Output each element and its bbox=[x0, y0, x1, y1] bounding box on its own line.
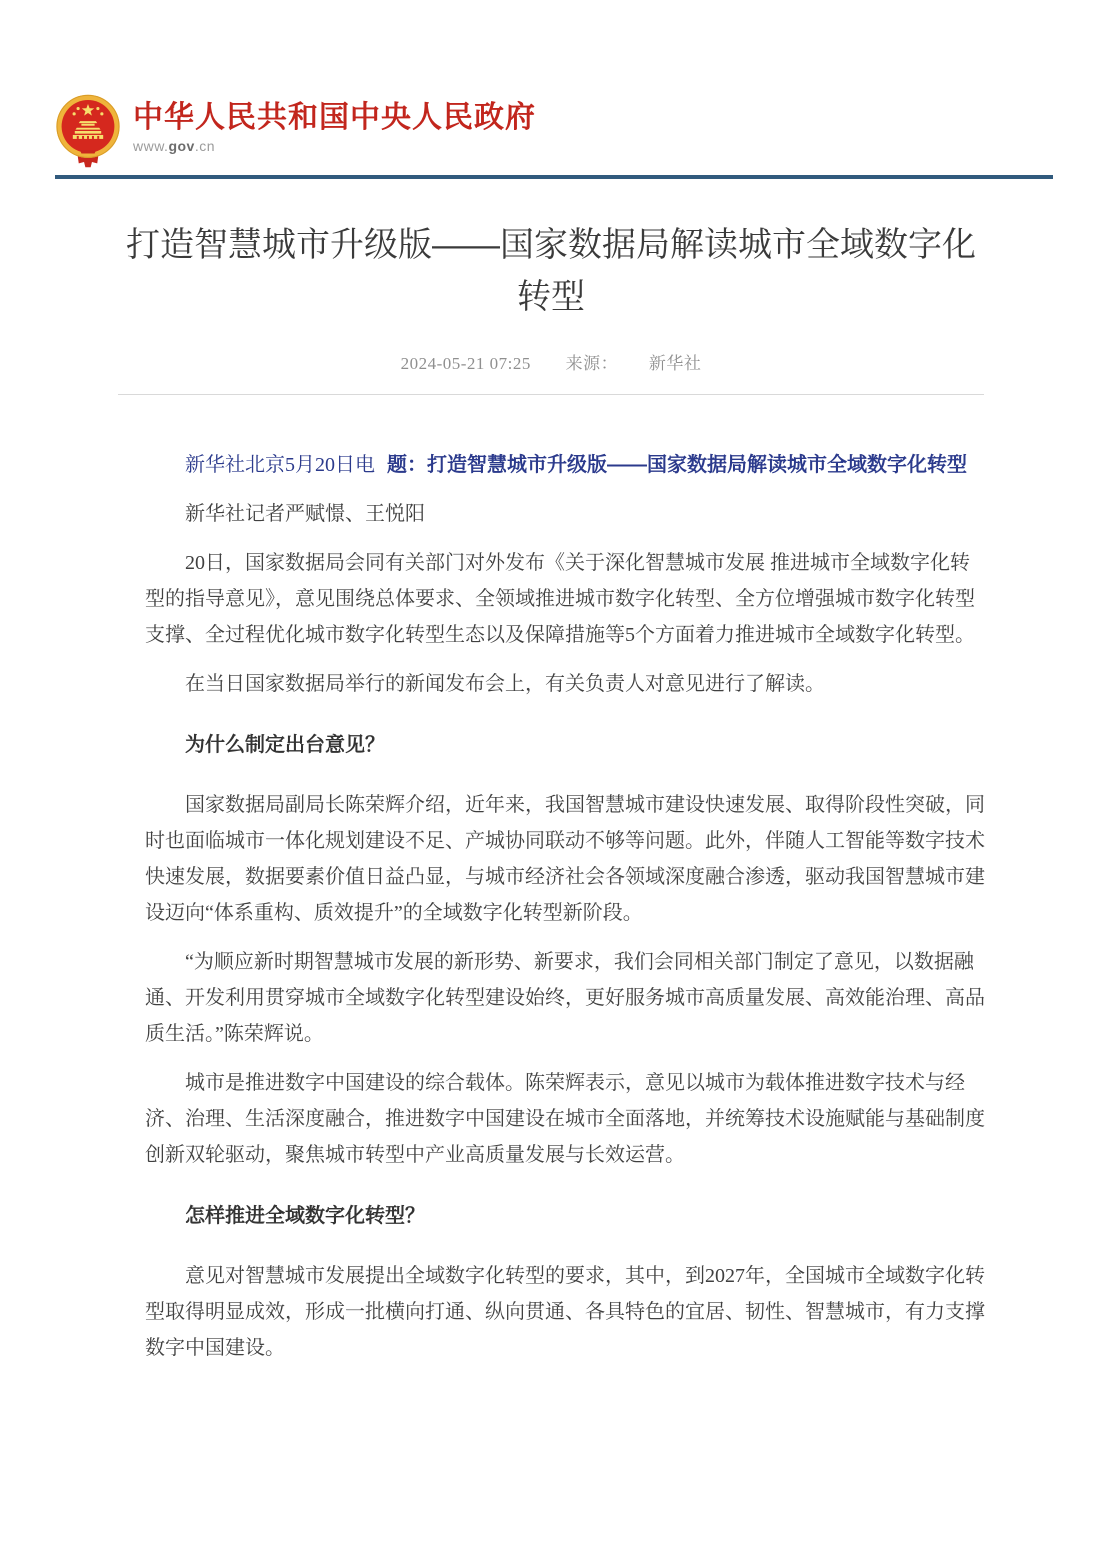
lead-dateline: 新华社北京5月20日电 bbox=[185, 454, 375, 476]
paragraph: 城市是推进数字中国建设的综合载体。陈荣辉表示，意见以城市为载体推进数字技术与经济… bbox=[145, 1065, 987, 1173]
site-url-gov: gov bbox=[168, 138, 194, 154]
source-label: 来源： bbox=[566, 354, 619, 373]
article-datetime: 2024-05-21 07:25 bbox=[401, 354, 531, 373]
byline: 新华社记者严赋憬、王悦阳 bbox=[145, 496, 987, 532]
article-body: 新华社北京5月20日电题：打造智慧城市升级版——国家数据局解读城市全域数字化转型… bbox=[145, 447, 987, 1366]
section-heading-how: 怎样推进全域数字化转型？ bbox=[145, 1198, 987, 1234]
page: { "header": { "site_name": "中华人民共和国中央人民政… bbox=[0, 0, 1102, 1559]
meta-divider bbox=[118, 394, 984, 395]
site-header: 中华人民共和国中央人民政府 www.gov.cn bbox=[55, 0, 1053, 179]
source-name: 新华社 bbox=[649, 354, 702, 373]
site-logo-link[interactable]: 中华人民共和国中央人民政府 www.gov.cn bbox=[55, 92, 1053, 171]
article: 打造智慧城市升级版——国家数据局解读城市全域数字化转型 2024-05-21 0… bbox=[0, 219, 1102, 1366]
paragraph: 国家数据局副局长陈荣辉介绍，近年来，我国智慧城市建设快速发展、取得阶段性突破，同… bbox=[145, 787, 987, 931]
site-name: 中华人民共和国中央人民政府 bbox=[133, 101, 536, 135]
article-title: 打造智慧城市升级版——国家数据局解读城市全域数字化转型 bbox=[121, 219, 981, 323]
paragraph: 在当日国家数据局举行的新闻发布会上，有关负责人对意见进行了解读。 bbox=[145, 666, 987, 702]
site-url: www.gov.cn bbox=[133, 138, 536, 154]
header-divider bbox=[55, 175, 1053, 179]
section-heading-why: 为什么制定出台意见？ bbox=[145, 727, 987, 763]
site-brand-text: 中华人民共和国中央人民政府 www.gov.cn bbox=[133, 92, 536, 154]
lead-title: 题：打造智慧城市升级版——国家数据局解读城市全域数字化转型 bbox=[387, 454, 967, 476]
paragraph: “为顺应新时期智慧城市发展的新形势、新要求，我们会同相关部门制定了意见，以数据融… bbox=[145, 944, 987, 1052]
lead-paragraph: 新华社北京5月20日电题：打造智慧城市升级版——国家数据局解读城市全域数字化转型 bbox=[145, 447, 987, 483]
paragraph: 意见对智慧城市发展提出全域数字化转型的要求，其中，到2027年，全国城市全域数字… bbox=[145, 1258, 987, 1366]
site-url-www: www. bbox=[133, 138, 168, 154]
prc-national-emblem-icon bbox=[55, 93, 121, 169]
site-url-cn: .cn bbox=[195, 138, 215, 154]
paragraph: 20日，国家数据局会同有关部门对外发布《关于深化智慧城市发展 推进城市全域数字化… bbox=[145, 545, 987, 653]
article-meta: 2024-05-21 07:25 来源： 新华社 bbox=[0, 349, 1102, 374]
